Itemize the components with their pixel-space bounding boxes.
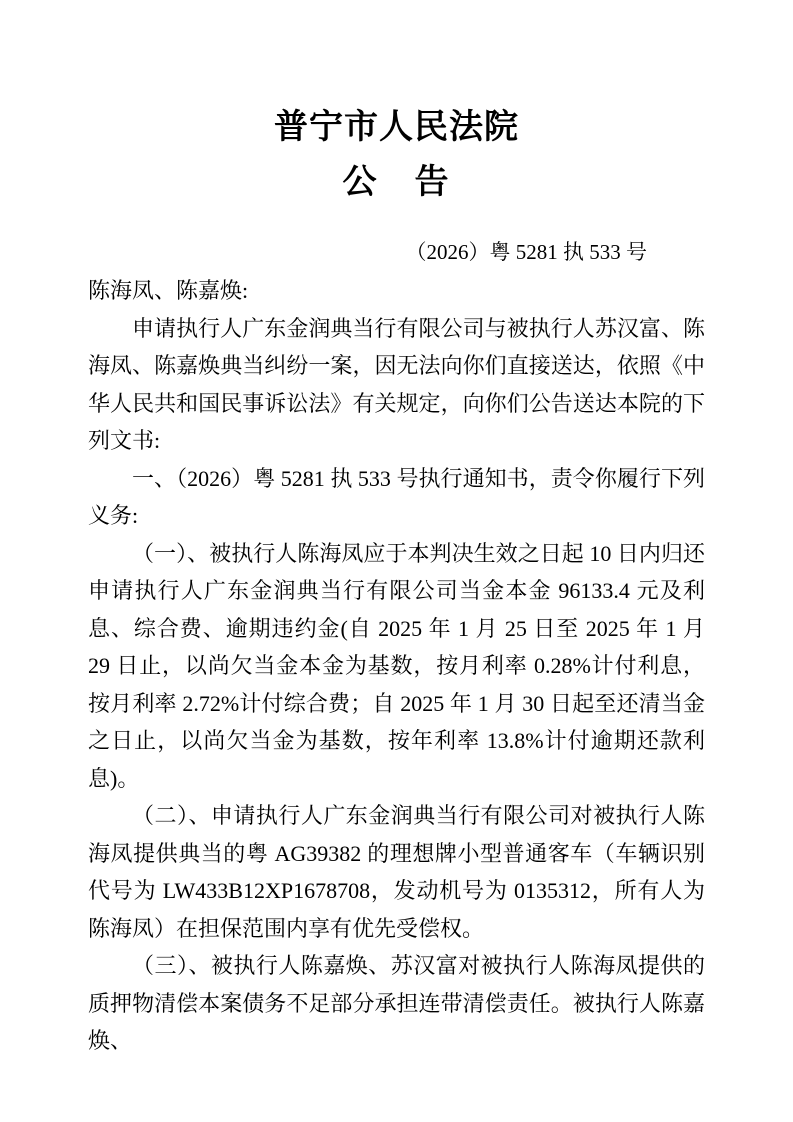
paragraph-intro: 申请执行人广东金润典当行有限公司与被执行人苏汉富、陈海凤、陈嘉焕典当纠纷一案，因… bbox=[88, 310, 705, 460]
paragraph-obligation-3: （三）、被执行人陈嘉焕、苏汉富对被执行人陈海凤提供的质押物清偿本案债务不足部分承… bbox=[88, 947, 705, 1060]
announcement-body: 申请执行人广东金润典当行有限公司与被执行人苏汉富、陈海凤、陈嘉焕典当纠纷一案，因… bbox=[88, 310, 705, 1060]
paragraph-obligation-2: （二）、申请执行人广东金润典当行有限公司对被执行人陈海凤提供典当的粤 AG393… bbox=[88, 797, 705, 947]
announcement-title: 公 告 bbox=[88, 159, 705, 207]
court-name-heading: 普宁市人民法院 bbox=[88, 104, 705, 152]
court-announcement-page: 普宁市人民法院 公 告 （2026）粤 5281 执 533 号 陈海凤、陈嘉焕… bbox=[0, 0, 793, 1122]
addressee-line: 陈海凤、陈嘉焕: bbox=[88, 272, 705, 310]
paragraph-notice-item: 一、（2026）粤 5281 执 533 号执行通知书，责令你履行下列义务: bbox=[88, 460, 705, 535]
paragraph-obligation-1: （一）、被执行人陈海凤应于本判决生效之日起 10 日内归还申请执行人广东金润典当… bbox=[88, 535, 705, 798]
case-number: （2026）粤 5281 执 533 号 bbox=[88, 239, 705, 265]
